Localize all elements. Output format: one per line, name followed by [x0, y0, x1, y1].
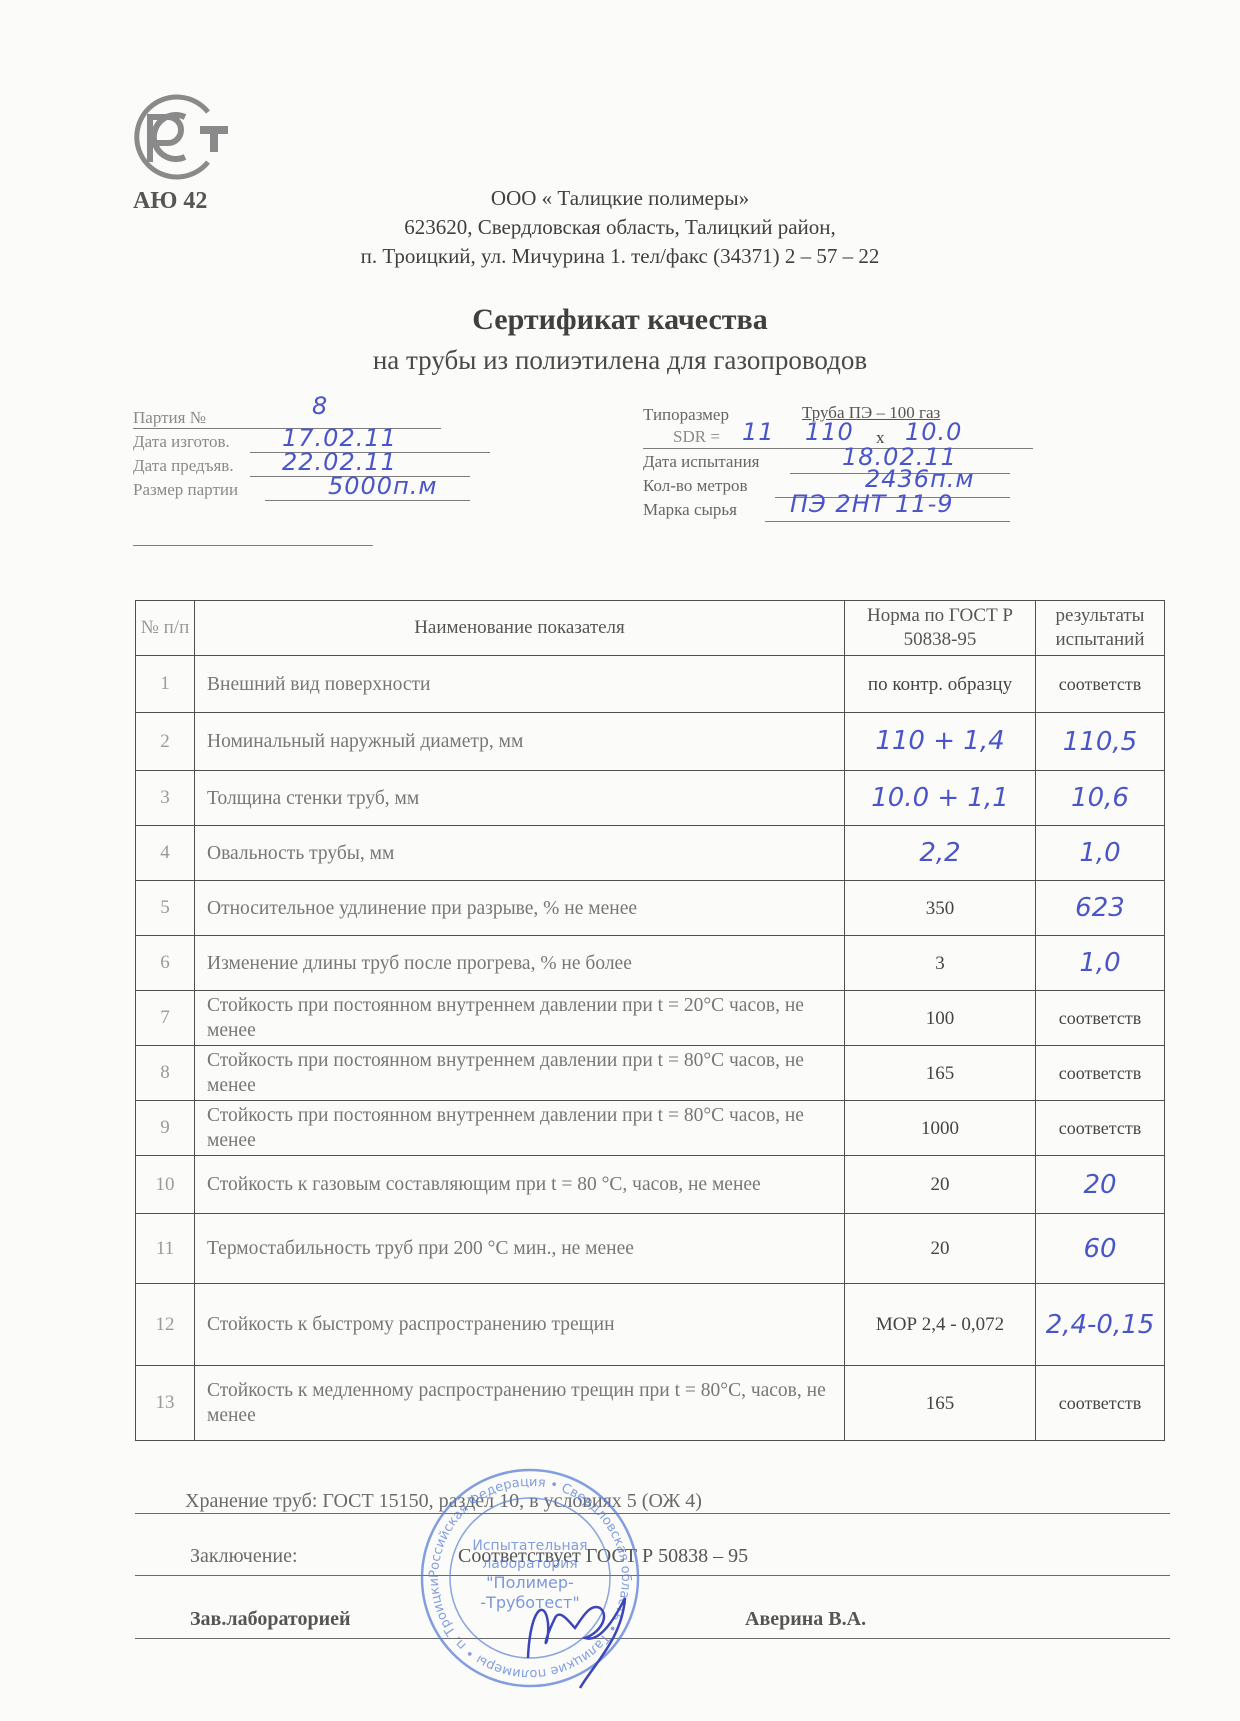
row-number: 9 [136, 1101, 195, 1156]
laboratory-stamp: Российская Федерация • Свердловская обла… [410, 1458, 650, 1698]
table-row: 5Относительное удлинение при разрыве, % … [136, 881, 1165, 936]
indicator-name: Стойкость к медленному распространению т… [195, 1366, 845, 1441]
test-result: соответств [1036, 1101, 1165, 1156]
indicator-name: Стойкость при постоянном внутреннем давл… [195, 1046, 845, 1101]
size-wall: 10.0 [905, 418, 962, 446]
table-row: 9Стойкость при постоянном внутреннем дав… [136, 1101, 1165, 1156]
material-value: ПЭ 2НТ 11-9 [790, 490, 954, 518]
table-row: 2Номинальный наружный диаметр, мм110 + 1… [136, 713, 1165, 771]
header-result: результаты испытаний [1036, 601, 1165, 656]
header-no: № п/п [136, 601, 195, 656]
company-name: ООО « Талицкие полимеры» [0, 186, 1240, 211]
test-result: соответств [1036, 1366, 1165, 1441]
underline [643, 448, 1033, 449]
row-number: 7 [136, 991, 195, 1046]
indicator-name: Стойкость к газовым составляющим при t =… [195, 1156, 845, 1214]
test-result: 1,0 [1036, 826, 1165, 881]
norm-value: 110 + 1,4 [845, 713, 1036, 771]
row-number: 1 [136, 656, 195, 713]
divider-line [135, 1575, 1170, 1576]
test-result: соответств [1036, 991, 1165, 1046]
test-result: соответств [1036, 656, 1165, 713]
manufacture-date-label: Дата изготов. [133, 432, 230, 452]
indicator-name: Толщина стенки труб, мм [195, 771, 845, 826]
batch-number-value: 8 [312, 392, 328, 420]
rst-logo-icon [130, 92, 245, 182]
indicator-name: Изменение длины труб после прогрева, % н… [195, 936, 845, 991]
row-number: 5 [136, 881, 195, 936]
test-result: соответств [1036, 1046, 1165, 1101]
round-seal-stamp-icon: Российская Федерация • Свердловская обла… [410, 1458, 650, 1698]
test-result: 60 [1036, 1214, 1165, 1284]
indicator-name: Стойкость при постоянном внутреннем давл… [195, 991, 845, 1046]
norm-value: по контр. образцу [845, 656, 1036, 713]
indicator-name: Внешний вид поверхности [195, 656, 845, 713]
table-row: 6Изменение длины труб после прогрева, % … [136, 936, 1165, 991]
row-number: 6 [136, 936, 195, 991]
rst-certification-logo [130, 92, 245, 182]
svg-text:лаборатория: лаборатория [482, 1556, 577, 1572]
row-number: 12 [136, 1284, 195, 1366]
table-body: 1Внешний вид поверхностипо контр. образц… [136, 656, 1165, 1441]
indicator-name: Стойкость при постоянном внутреннем давл… [195, 1101, 845, 1156]
test-result: 623 [1036, 881, 1165, 936]
row-number: 11 [136, 1214, 195, 1284]
head-of-lab-name: Аверина В.А. [745, 1608, 866, 1631]
underline [765, 521, 1010, 522]
test-result: 1,0 [1036, 936, 1165, 991]
norm-value: 165 [845, 1046, 1036, 1101]
company-address-line1: 623620, Свердловская область, Талицкий р… [0, 215, 1240, 240]
divider-line [135, 1638, 1170, 1639]
table-header-row: № п/п Наименование показателя Норма по Г… [136, 601, 1165, 656]
svg-text:"Полимер-: "Полимер- [486, 1573, 574, 1592]
presentation-date-label: Дата предъяв. [133, 456, 234, 476]
row-number: 3 [136, 771, 195, 826]
table-row: 12Стойкость к быстрому распространению т… [136, 1284, 1165, 1366]
table-row: 10Стойкость к газовым составляющим при t… [136, 1156, 1165, 1214]
header-name: Наименование показателя [195, 601, 845, 656]
norm-value: 2,2 [845, 826, 1036, 881]
document-title: Сертификат качества [0, 303, 1240, 337]
meters-label: Кол-во метров [643, 476, 748, 496]
header-norm: Норма по ГОСТ Р 50838-95 [845, 601, 1036, 656]
sdr-label: SDR = [673, 427, 720, 447]
divider-line [135, 1513, 1170, 1514]
norm-value: 100 [845, 991, 1036, 1046]
svg-text:Испытательная: Испытательная [472, 1538, 587, 1554]
quality-indicators-table: № п/п Наименование показателя Норма по Г… [135, 600, 1165, 1441]
table-row: 11Термостабильность труб при 200 °С мин.… [136, 1214, 1165, 1284]
table-row: 7Стойкость при постоянном внутреннем дав… [136, 991, 1165, 1046]
company-address-line2: п. Троицкий, ул. Мичурина 1. тел/факс (3… [0, 244, 1240, 269]
indicator-name: Номинальный наружный диаметр, мм [195, 713, 845, 771]
norm-value: МОР 2,4 - 0,072 [845, 1284, 1036, 1366]
test-result: 110,5 [1036, 713, 1165, 771]
indicator-name: Овальность трубы, мм [195, 826, 845, 881]
conclusion-label: Заключение: [190, 1545, 298, 1568]
table-row: 1Внешний вид поверхностипо контр. образц… [136, 656, 1165, 713]
test-result: 10,6 [1036, 771, 1165, 826]
type-size-label: Типоразмер [643, 405, 729, 425]
indicator-name: Термостабильность труб при 200 °С мин., … [195, 1214, 845, 1284]
row-number: 10 [136, 1156, 195, 1214]
material-label: Марка сырья [643, 500, 737, 520]
batch-size-label: Размер партии [133, 480, 238, 500]
table-row: 8Стойкость при постоянном внутреннем дав… [136, 1046, 1165, 1101]
norm-value: 20 [845, 1214, 1036, 1284]
batch-size-value: 5000п.м [328, 472, 438, 500]
norm-value: 3 [845, 936, 1036, 991]
row-number: 4 [136, 826, 195, 881]
norm-value: 20 [845, 1156, 1036, 1214]
row-number: 2 [136, 713, 195, 771]
document-subtitle: на трубы из полиэтилена для газопроводов [0, 345, 1240, 376]
table-row: 3 Толщина стенки труб, мм10.0 + 1,110,6 [136, 771, 1165, 826]
test-date-label: Дата испытания [643, 452, 760, 472]
sdr-value: 11 [742, 418, 775, 446]
row-number: 8 [136, 1046, 195, 1101]
divider-line [133, 545, 373, 546]
norm-value: 350 [845, 881, 1036, 936]
row-number: 13 [136, 1366, 195, 1441]
table-row: 13Стойкость к медленному распространению… [136, 1366, 1165, 1441]
test-result: 20 [1036, 1156, 1165, 1214]
underline [265, 500, 470, 501]
indicator-name: Стойкость к быстрому распространению тре… [195, 1284, 845, 1366]
batch-number-label: Партия № [133, 408, 206, 428]
norm-value: 10.0 + 1,1 [845, 771, 1036, 826]
test-result: 2,4-0,15 [1036, 1284, 1165, 1366]
size-diameter: 110 [805, 418, 854, 446]
norm-value: 1000 [845, 1101, 1036, 1156]
head-of-lab-label: Зав.лабораторией [190, 1608, 351, 1631]
meters-value: 2436п.м [865, 465, 975, 493]
svg-text:-Труботест": -Труботест" [480, 1593, 579, 1612]
indicator-name: Относительное удлинение при разрыве, % н… [195, 881, 845, 936]
table-row: 4Овальность трубы, мм2,21,0 [136, 826, 1165, 881]
norm-value: 165 [845, 1366, 1036, 1441]
